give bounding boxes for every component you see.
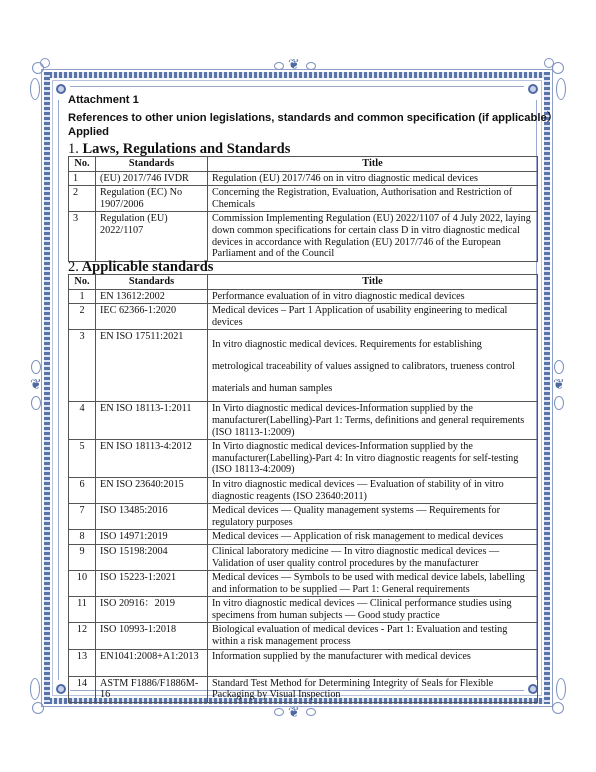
left-center-swirl-icon bbox=[31, 396, 41, 410]
row-number: 7 bbox=[69, 504, 96, 530]
standard-code: ISO 13485:2016 bbox=[96, 504, 208, 530]
standard-title: Medical devices — Application of risk ma… bbox=[208, 530, 538, 545]
right-center-swirl-icon bbox=[554, 360, 564, 374]
attachment-label: Attachment 1 bbox=[68, 94, 139, 106]
corner-swirl-icon bbox=[556, 678, 566, 700]
table-row: 5EN ISO 18113-4:2012In Virto diagnostic … bbox=[69, 440, 538, 478]
standard-code: ISO 20916：2019 bbox=[96, 597, 208, 623]
standard-code: ISO 10993-1:2018 bbox=[96, 623, 208, 649]
frame-border-left bbox=[44, 72, 50, 704]
bottom-center-ornament-icon: ❦ bbox=[288, 706, 300, 720]
row-number: 13 bbox=[69, 649, 96, 676]
table-row: 12ISO 10993-1:2018Biological evaluation … bbox=[69, 623, 538, 649]
frame-inner-line-left bbox=[58, 100, 59, 680]
table-header-row: No. Standards Title bbox=[69, 157, 538, 172]
applied-label: Applied bbox=[68, 126, 109, 138]
table-row: 4EN ISO 18113-1:2011In Virto diagnostic … bbox=[69, 402, 538, 440]
table-row: 2Regulation (EC) No 1907/2006Concerning … bbox=[69, 186, 538, 212]
standard-code: EN 13612:2002 bbox=[96, 289, 208, 304]
corner-swirl-icon bbox=[544, 58, 554, 68]
section-heading: Applicable standards bbox=[82, 259, 214, 275]
right-center-swirl-icon bbox=[554, 396, 564, 410]
standard-title: Biological evaluation of medical devices… bbox=[208, 623, 538, 649]
bottom-center-swirl-icon bbox=[306, 708, 316, 716]
table-row: 3Regulation (EU) 2022/1107Commission Imp… bbox=[69, 212, 538, 261]
table-row: 1EN 13612:2002Performance evaluation of … bbox=[69, 289, 538, 304]
row-number: 8 bbox=[69, 530, 96, 545]
table-row: 2IEC 62366-1:2020Medical devices – Part … bbox=[69, 304, 538, 330]
standard-title: In vitro diagnostic medical devices — Cl… bbox=[208, 597, 538, 623]
standard-title: Commission Implementing Regulation (EU) … bbox=[208, 212, 538, 261]
frame-border-right bbox=[544, 72, 550, 704]
column-header-title: Title bbox=[208, 157, 538, 172]
section-number: 1. bbox=[68, 141, 79, 157]
row-number: 5 bbox=[69, 440, 96, 478]
column-header-no: No. bbox=[69, 275, 96, 290]
row-number: 4 bbox=[69, 402, 96, 440]
standard-title: Information supplied by the manufacturer… bbox=[208, 649, 538, 676]
column-header-title: Title bbox=[208, 275, 538, 290]
standard-title: Regulation (EU) 2017/746 on in vitro dia… bbox=[208, 171, 538, 186]
standard-code: (EU) 2017/746 IVDR bbox=[96, 171, 208, 186]
standard-code: ISO 14971:2019 bbox=[96, 530, 208, 545]
table-row: 8ISO 14971:2019Medical devices — Applica… bbox=[69, 530, 538, 545]
standard-title: In vitro diagnostic medical devices. Req… bbox=[208, 330, 538, 402]
laws-regulations-table: No. Standards Title 1(EU) 2017/746 IVDRR… bbox=[68, 156, 538, 262]
column-header-no: No. bbox=[69, 157, 96, 172]
table-row: 9ISO 15198:2004Clinical laboratory medic… bbox=[69, 544, 538, 570]
standard-code: ISO 15198:2004 bbox=[96, 544, 208, 570]
standard-title: Medical devices — Quality management sys… bbox=[208, 504, 538, 530]
standard-code: EN ISO 18113-4:2012 bbox=[96, 440, 208, 478]
row-number: 3 bbox=[69, 330, 96, 402]
row-number: 9 bbox=[69, 544, 96, 570]
table-row: 7ISO 13485:2016Medical devices — Quality… bbox=[69, 504, 538, 530]
standard-title: Concerning the Registration, Evaluation,… bbox=[208, 186, 538, 212]
table-row: 3EN ISO 17511:2021In vitro diagnostic me… bbox=[69, 330, 538, 402]
row-number: 2 bbox=[69, 186, 96, 212]
row-number: 11 bbox=[69, 597, 96, 623]
corner-swirl-icon bbox=[30, 678, 40, 700]
standard-code: Regulation (EU) 2022/1107 bbox=[96, 212, 208, 261]
frame-inner-line-top bbox=[70, 86, 524, 87]
left-center-ornament-icon: ❦ bbox=[30, 378, 42, 392]
bottom-center-swirl-icon bbox=[274, 708, 284, 716]
standard-title: Standard Test Method for Determining Int… bbox=[208, 676, 538, 702]
row-number: 1 bbox=[69, 289, 96, 304]
standard-title: Performance evaluation of in vitro diagn… bbox=[208, 289, 538, 304]
standard-title: In vitro diagnostic medical devices — Ev… bbox=[208, 477, 538, 503]
row-number: 14 bbox=[69, 676, 96, 702]
corner-rosette-icon bbox=[528, 84, 538, 94]
column-header-standards: Standards bbox=[96, 275, 208, 290]
references-heading: References to other union legislations, … bbox=[68, 109, 558, 125]
row-number: 10 bbox=[69, 571, 96, 597]
top-center-swirl-icon bbox=[274, 62, 284, 70]
right-center-ornament-icon: ❦ bbox=[553, 378, 565, 392]
section-number: 2. bbox=[68, 259, 79, 275]
corner-swirl-icon bbox=[30, 78, 40, 100]
corner-rosette-icon bbox=[56, 684, 66, 694]
corner-swirl-icon bbox=[40, 58, 50, 68]
top-center-swirl-icon bbox=[306, 62, 316, 70]
corner-rosette-icon bbox=[56, 84, 66, 94]
corner-swirl-icon bbox=[556, 78, 566, 100]
row-number: 6 bbox=[69, 477, 96, 503]
standard-title: In Virto diagnostic medical devices-Info… bbox=[208, 402, 538, 440]
row-number: 3 bbox=[69, 212, 96, 261]
table-row: 10ISO 15223-1:2021Medical devices — Symb… bbox=[69, 571, 538, 597]
corner-swirl-icon bbox=[552, 702, 564, 714]
standard-title: In Virto diagnostic medical devices-Info… bbox=[208, 440, 538, 478]
standard-code: EN ISO 17511:2021 bbox=[96, 330, 208, 402]
standard-code: EN1041:2008+A1:2013 bbox=[96, 649, 208, 676]
standard-code: EN ISO 23640:2015 bbox=[96, 477, 208, 503]
applicable-standards-table: No. Standards Title 1EN 13612:2002Perfor… bbox=[68, 274, 538, 703]
standard-code: ISO 15223-1:2021 bbox=[96, 571, 208, 597]
column-header-standards: Standards bbox=[96, 157, 208, 172]
table-row: 6EN ISO 23640:2015In vitro diagnostic me… bbox=[69, 477, 538, 503]
row-number: 2 bbox=[69, 304, 96, 330]
table-row: 13EN1041:2008+A1:2013Information supplie… bbox=[69, 649, 538, 676]
standard-code: ASTM F1886/F1886M-16 bbox=[96, 676, 208, 702]
standard-title: Clinical laboratory medicine — In vitro … bbox=[208, 544, 538, 570]
row-number: 12 bbox=[69, 623, 96, 649]
standard-code: IEC 62366-1:2020 bbox=[96, 304, 208, 330]
top-center-ornament-icon: ❦ bbox=[288, 58, 300, 72]
table-header-row: No. Standards Title bbox=[69, 275, 538, 290]
row-number: 1 bbox=[69, 171, 96, 186]
standard-title: Medical devices — Symbols to be used wit… bbox=[208, 571, 538, 597]
table-row: 14ASTM F1886/F1886M-16Standard Test Meth… bbox=[69, 676, 538, 702]
section-heading: Laws, Regulations and Standards bbox=[83, 141, 291, 157]
standard-code: EN ISO 18113-1:2011 bbox=[96, 402, 208, 440]
corner-swirl-icon bbox=[32, 702, 44, 714]
left-center-swirl-icon bbox=[31, 360, 41, 374]
table-row: 11ISO 20916：2019In vitro diagnostic medi… bbox=[69, 597, 538, 623]
standard-title: Medical devices – Part 1 Application of … bbox=[208, 304, 538, 330]
standard-code: Regulation (EC) No 1907/2006 bbox=[96, 186, 208, 212]
table-row: 1(EU) 2017/746 IVDRRegulation (EU) 2017/… bbox=[69, 171, 538, 186]
